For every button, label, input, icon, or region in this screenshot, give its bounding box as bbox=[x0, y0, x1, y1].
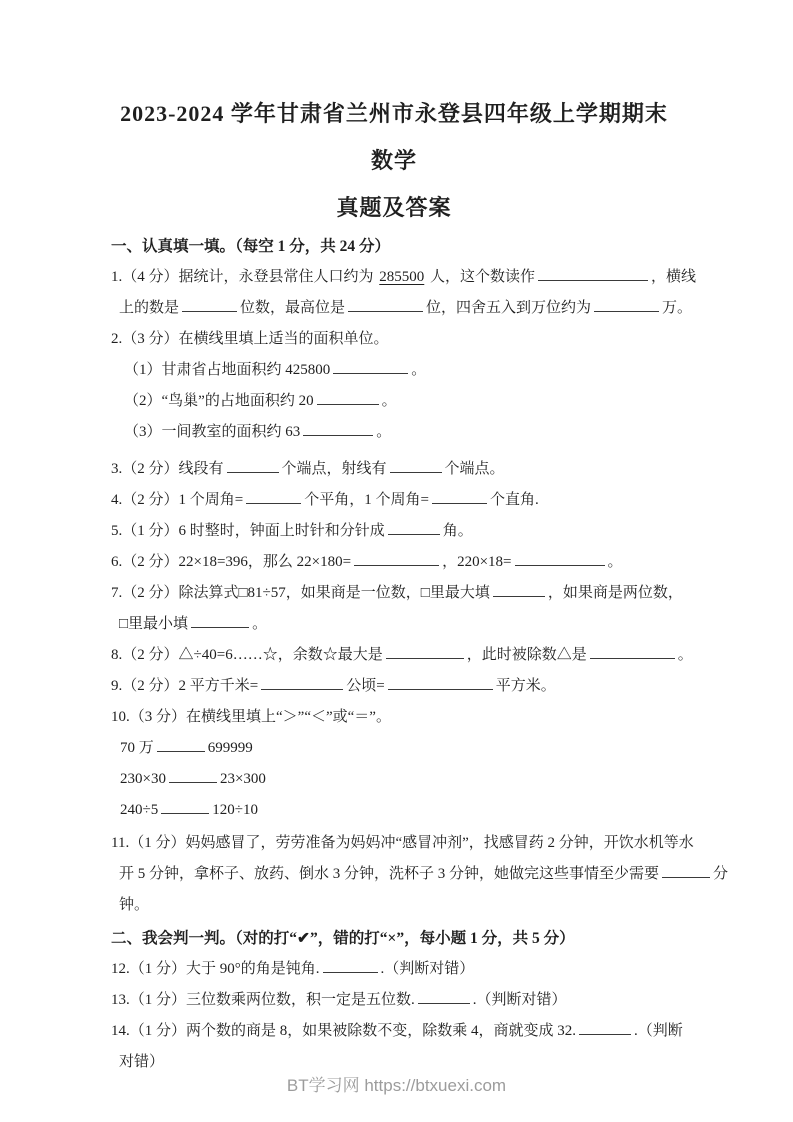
exam-title: 2023-2024 学年甘肃省兰州市永登县四年级上学期期末数学 真题及答案 bbox=[111, 90, 677, 231]
fill-blank bbox=[390, 460, 442, 473]
q2s2-text-2: 。 bbox=[382, 393, 397, 409]
q2s3-text-1: （3）一间教室的面积约 63 bbox=[124, 424, 300, 440]
fill-blank bbox=[182, 299, 237, 312]
q1-underlined-number: 285500 bbox=[377, 269, 426, 285]
fill-blank bbox=[388, 677, 493, 690]
q1-text-2: 人，这个数读作 bbox=[426, 269, 535, 285]
q7-text-1: 7.（2 分）除法算式□81÷57，如果商是一位数，□里最大填 bbox=[111, 585, 490, 601]
q3-text-2: 个端点，射线有 bbox=[282, 461, 387, 477]
q1-text-6: 位，四舍五入到万位约为 bbox=[426, 300, 591, 316]
question-11-line-3: 钟。 bbox=[111, 890, 677, 921]
q1-text-3: ，横线 bbox=[651, 269, 696, 285]
fill-blank bbox=[354, 553, 439, 566]
q7-text-2: ，如果商是两位数， bbox=[548, 585, 683, 601]
fill-blank bbox=[246, 491, 301, 504]
question-2-sub-2: （2）“鸟巢”的占地面积约 20。 bbox=[111, 386, 677, 417]
q3-text-3: 个端点。 bbox=[445, 461, 505, 477]
question-14-line-1: 14.（1 分）两个数的商是 8，如果被除数不变，除数乘 4，商就变成 32..… bbox=[111, 1016, 677, 1047]
fill-blank bbox=[418, 991, 470, 1004]
question-6: 6.（2 分）22×18=396，那么 22×180=，220×18=。 bbox=[111, 547, 677, 578]
q10s1-text-2: 699999 bbox=[208, 740, 253, 756]
exam-content: 2023-2024 学年甘肃省兰州市永登县四年级上学期期末数学 真题及答案 一、… bbox=[0, 90, 793, 1078]
fill-blank bbox=[386, 646, 464, 659]
q10s3-text-1: 240÷5 bbox=[120, 802, 158, 818]
q8-text-1: 8.（2 分）△÷40=6……☆，余数☆最大是 bbox=[111, 647, 383, 663]
footer-site-link[interactable]: BT学习网 https://btxuexi.com bbox=[287, 1076, 506, 1095]
fill-blank bbox=[594, 299, 659, 312]
q4-text-3: 个直角. bbox=[490, 492, 539, 508]
q2s1-text-1: （1）甘肃省占地面积约 425800 bbox=[124, 362, 330, 378]
q6-text-1: 6.（2 分）22×18=396，那么 22×180= bbox=[111, 554, 351, 570]
question-3: 3.（2 分）线段有个端点，射线有个端点。 bbox=[111, 454, 677, 485]
fill-blank bbox=[388, 522, 440, 535]
question-10-sub-2: 230×3023×300 bbox=[111, 764, 677, 795]
fill-blank bbox=[432, 491, 487, 504]
fill-blank bbox=[169, 770, 217, 783]
q1-text-1: 1.（4 分）据统计，永登县常住人口约为 bbox=[111, 269, 377, 285]
q6-text-3: 。 bbox=[608, 554, 623, 570]
section-1-heading: 一、认真填一填。（每空 1 分，共 24 分） bbox=[111, 231, 677, 262]
footer: BT学习网 https://btxuexi.com bbox=[0, 1071, 793, 1096]
question-2-stem: 2.（3 分）在横线里填上适当的面积单位。 bbox=[111, 324, 677, 355]
q1-text-5: 位数，最高位是 bbox=[240, 300, 345, 316]
fill-blank bbox=[515, 553, 605, 566]
fill-blank bbox=[323, 960, 378, 973]
question-8: 8.（2 分）△÷40=6……☆，余数☆最大是，此时被除数△是。 bbox=[111, 640, 677, 671]
fill-blank bbox=[261, 677, 343, 690]
fill-blank bbox=[317, 392, 379, 405]
q2s1-text-2: 。 bbox=[411, 362, 426, 378]
q2s3-text-2: 。 bbox=[376, 424, 391, 440]
question-10-sub-1: 70 万699999 bbox=[111, 733, 677, 764]
question-7-line-1: 7.（2 分）除法算式□81÷57，如果商是一位数，□里最大填，如果商是两位数， bbox=[111, 578, 677, 609]
q5-text-2: 角。 bbox=[443, 523, 473, 539]
q14-text-2: .（判断 bbox=[634, 1023, 683, 1039]
question-4: 4.（2 分）1 个周角=个平角，1 个周角=个直角. bbox=[111, 485, 677, 516]
fill-blank bbox=[579, 1022, 631, 1035]
fill-blank bbox=[227, 460, 279, 473]
question-7-line-2: □里最小填。 bbox=[111, 609, 677, 640]
q7-text-3: □里最小填 bbox=[119, 616, 188, 632]
question-1-line-2: 上的数是位数，最高位是位，四舍五入到万位约为万。 bbox=[111, 293, 677, 324]
question-13: 13.（1 分）三位数乘两位数，积一定是五位数..（判断对错） bbox=[111, 985, 677, 1016]
q11-text-4: 钟。 bbox=[119, 897, 149, 913]
question-10-sub-3: 240÷5120÷10 bbox=[111, 795, 677, 826]
q4-text-1: 4.（2 分）1 个周角= bbox=[111, 492, 243, 508]
exam-document-page: 2023-2024 学年甘肃省兰州市永登县四年级上学期期末数学 真题及答案 一、… bbox=[0, 0, 793, 1122]
q12-text-1: 12.（1 分）大于 90°的角是钝角. bbox=[111, 961, 320, 977]
q10s2-text-2: 23×300 bbox=[220, 771, 266, 787]
q9-text-3: 平方米。 bbox=[496, 678, 556, 694]
q9-text-2: 公顷= bbox=[346, 678, 384, 694]
q12-text-2: .（判断对错） bbox=[381, 961, 475, 977]
q2s2-text-1: （2）“鸟巢”的占地面积约 20 bbox=[124, 393, 314, 409]
q10s1-text-1: 70 万 bbox=[120, 740, 154, 756]
q7-text-4: 。 bbox=[252, 616, 267, 632]
q13-text-1: 13.（1 分）三位数乘两位数，积一定是五位数. bbox=[111, 992, 415, 1008]
q5-text-1: 5.（1 分）6 时整时，钟面上时针和分针成 bbox=[111, 523, 385, 539]
fill-blank bbox=[348, 299, 423, 312]
fill-blank bbox=[662, 865, 710, 878]
section-2-heading: 二、我会判一判。（对的打“✔”，错的打“×”，每小题 1 分，共 5 分） bbox=[111, 923, 677, 954]
q1-text-4: 上的数是 bbox=[119, 300, 179, 316]
q9-text-1: 9.（2 分）2 平方千米= bbox=[111, 678, 258, 694]
q4-text-2: 个平角，1 个周角= bbox=[304, 492, 429, 508]
question-12: 12.（1 分）大于 90°的角是钝角..（判断对错） bbox=[111, 954, 677, 985]
question-2-sub-3: （3）一间教室的面积约 63。 bbox=[111, 417, 677, 448]
q10s2-text-1: 230×30 bbox=[120, 771, 166, 787]
q8-text-3: 。 bbox=[678, 647, 693, 663]
q1-text-7: 万。 bbox=[662, 300, 692, 316]
question-2-sub-1: （1）甘肃省占地面积约 425800。 bbox=[111, 355, 677, 386]
fill-blank bbox=[333, 361, 408, 374]
fill-blank bbox=[157, 739, 205, 752]
q10s3-text-2: 120÷10 bbox=[212, 802, 258, 818]
q13-text-2: .（判断对错） bbox=[473, 992, 567, 1008]
fill-blank bbox=[303, 423, 373, 436]
exam-title-line-1: 2023-2024 学年甘肃省兰州市永登县四年级上学期期末数学 bbox=[111, 90, 677, 184]
q11-text-1: 11.（1 分）妈妈感冒了，劳劳准备为妈妈冲“感冒冲剂”，找感冒药 2 分钟，开… bbox=[111, 835, 694, 851]
question-11-line-2: 开 5 分钟，拿杯子、放药、倒水 3 分钟，洗杯子 3 分钟，她做完这些事情至少… bbox=[111, 859, 677, 890]
question-9: 9.（2 分）2 平方千米=公顷=平方米。 bbox=[111, 671, 677, 702]
q14-text-1: 14.（1 分）两个数的商是 8，如果被除数不变，除数乘 4，商就变成 32. bbox=[111, 1023, 576, 1039]
fill-blank bbox=[493, 584, 545, 597]
q6-text-2: ，220×18= bbox=[442, 554, 511, 570]
q3-text-1: 3.（2 分）线段有 bbox=[111, 461, 224, 477]
fill-blank bbox=[538, 268, 648, 281]
exam-title-line-2: 真题及答案 bbox=[111, 184, 677, 231]
question-11-line-1: 11.（1 分）妈妈感冒了，劳劳准备为妈妈冲“感冒冲剂”，找感冒药 2 分钟，开… bbox=[111, 828, 677, 859]
q11-text-3: 分 bbox=[713, 866, 728, 882]
fill-blank bbox=[590, 646, 675, 659]
fill-blank bbox=[161, 801, 209, 814]
q2-text: 2.（3 分）在横线里填上适当的面积单位。 bbox=[111, 331, 389, 347]
q11-text-2: 开 5 分钟，拿杯子、放药、倒水 3 分钟，洗杯子 3 分钟，她做完这些事情至少… bbox=[119, 866, 659, 882]
question-5: 5.（1 分）6 时整时，钟面上时针和分针成角。 bbox=[111, 516, 677, 547]
q8-text-2: ，此时被除数△是 bbox=[467, 647, 587, 663]
q10-text: 10.（3 分）在横线里填上“＞”“＜”或“＝”。 bbox=[111, 709, 391, 725]
fill-blank bbox=[191, 615, 249, 628]
question-1-line-1: 1.（4 分）据统计，永登县常住人口约为 285500 人，这个数读作，横线 bbox=[111, 262, 677, 293]
question-10-stem: 10.（3 分）在横线里填上“＞”“＜”或“＝”。 bbox=[111, 702, 677, 733]
q14-text-3: 对错） bbox=[119, 1054, 164, 1070]
